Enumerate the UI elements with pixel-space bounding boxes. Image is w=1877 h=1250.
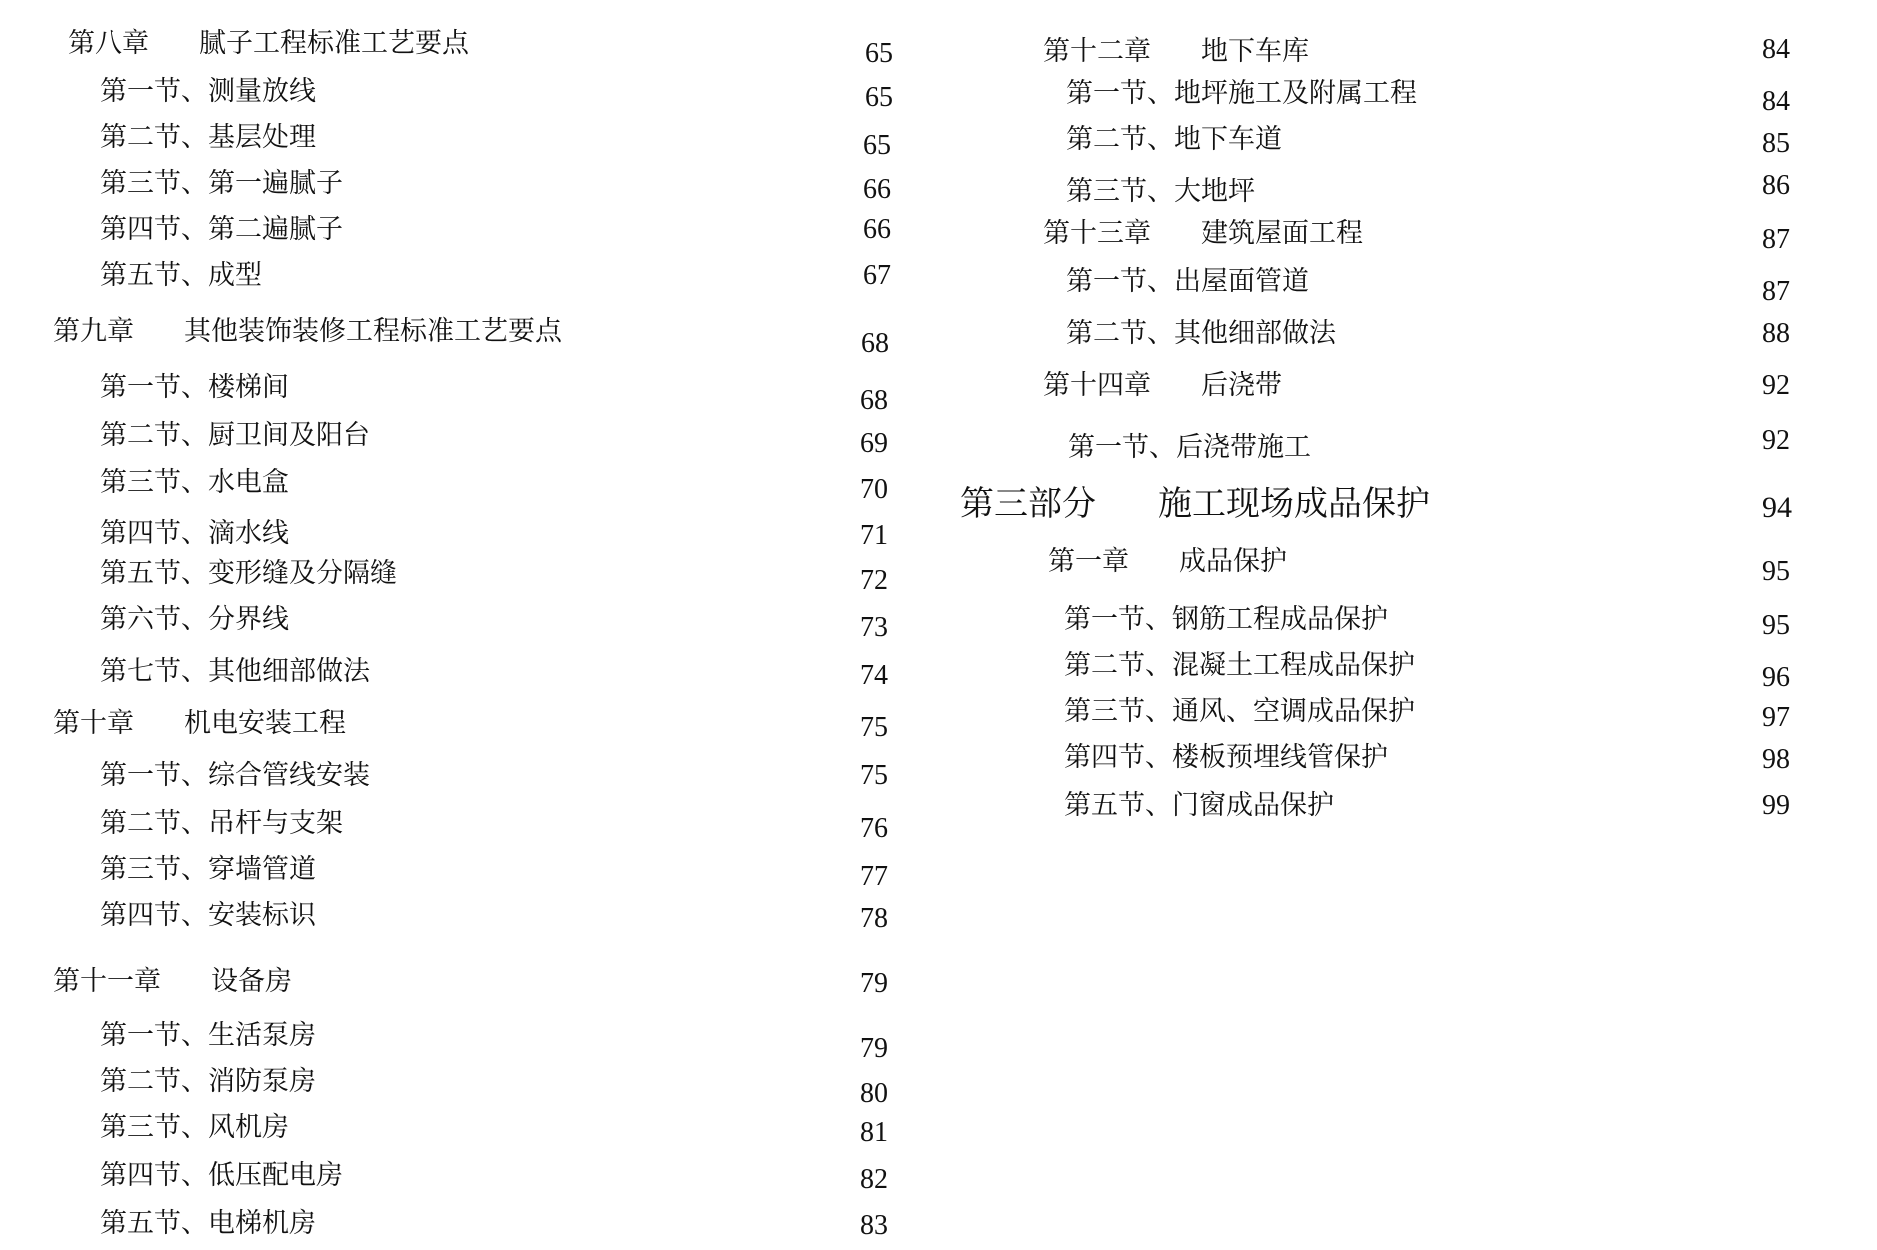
page-number: 68 [861, 328, 889, 360]
entry-label: 第五节、 [100, 558, 208, 589]
toc-section-entry[interactable]: 第五节、变形缝及分隔缝 [100, 558, 397, 590]
toc-chapter-entry[interactable]: 第十一章设备房 [53, 966, 292, 998]
toc-section-entry[interactable]: 第五节、成型 [100, 260, 262, 292]
toc-chapter-entry[interactable]: 第十章机电安装工程 [53, 708, 346, 740]
entry-label: 第五节、 [1064, 790, 1172, 821]
toc-section-entry[interactable]: 第四节、楼板预埋线管保护 [1064, 742, 1388, 774]
page-number: 76 [860, 813, 888, 845]
toc-chapter-entry[interactable]: 第十二章地下车库 [1043, 36, 1309, 68]
entry-title: 混凝土工程成品保护 [1172, 650, 1415, 681]
entry-label: 第十三章 [1043, 218, 1151, 249]
entry-title: 消防泵房 [208, 1066, 316, 1097]
toc-section-entry[interactable]: 第一节、生活泵房 [100, 1020, 316, 1052]
toc-section-entry[interactable]: 第七节、其他细部做法 [100, 656, 370, 688]
entry-label: 第五节、 [100, 1208, 208, 1239]
entry-label: 第四节、 [100, 518, 208, 549]
entry-title: 生活泵房 [208, 1020, 316, 1051]
entry-label: 第三节、 [100, 854, 208, 885]
toc-section-entry[interactable]: 第一节、测量放线 [100, 76, 316, 108]
toc-chapter-entry[interactable]: 第十三章建筑屋面工程 [1043, 218, 1363, 250]
entry-title: 其他细部做法 [1174, 318, 1336, 349]
page-number: 74 [860, 660, 888, 692]
toc-section-entry[interactable]: 第五节、门窗成品保护 [1064, 790, 1334, 822]
page-number: 80 [860, 1078, 888, 1110]
entry-label: 第一章 [1048, 546, 1129, 577]
entry-label: 第五节、 [100, 260, 208, 291]
toc-section-entry[interactable]: 第四节、滴水线 [100, 518, 289, 550]
toc-section-entry[interactable]: 第二节、地下车道 [1066, 124, 1282, 156]
entry-label: 第一节、 [1066, 78, 1174, 109]
entry-label: 第十四章 [1043, 370, 1151, 401]
page-number: 88 [1762, 318, 1790, 350]
entry-title: 第一遍腻子 [208, 168, 343, 199]
entry-label: 第十一章 [53, 966, 161, 997]
entry-title: 成品保护 [1179, 546, 1287, 577]
entry-title: 吊杆与支架 [208, 808, 343, 839]
page-number: 75 [860, 760, 888, 792]
entry-label: 第三节、 [1066, 176, 1174, 207]
entry-label: 第七节、 [100, 656, 208, 687]
toc-chapter-entry[interactable]: 第九章其他装饰装修工程标准工艺要点 [53, 316, 562, 348]
entry-label: 第一节、 [100, 372, 208, 403]
entry-label: 第四节、 [100, 1160, 208, 1191]
page-number: 95 [1762, 610, 1790, 642]
entry-label: 第二节、 [100, 808, 208, 839]
page-number: 79 [860, 968, 888, 1000]
page-number: 84 [1762, 34, 1790, 66]
entry-title: 其他装饰装修工程标准工艺要点 [184, 316, 562, 347]
entry-label: 第四节、 [100, 900, 208, 931]
toc-section-entry[interactable]: 第三节、水电盒 [100, 467, 289, 499]
toc-section-entry[interactable]: 第五节、电梯机房 [100, 1208, 316, 1240]
toc-section-entry[interactable]: 第二节、厨卫间及阳台 [100, 420, 370, 452]
entry-label: 第四节、 [1064, 742, 1172, 773]
entry-label: 第二节、 [100, 122, 208, 153]
entry-label: 第十二章 [1043, 36, 1151, 67]
toc-section-entry[interactable]: 第二节、基层处理 [100, 122, 316, 154]
entry-title: 水电盒 [208, 467, 289, 498]
page-number: 69 [860, 428, 888, 460]
entry-title: 出屋面管道 [1174, 266, 1309, 297]
page-number: 73 [860, 612, 888, 644]
entry-label: 第三节、 [100, 168, 208, 199]
toc-section-entry[interactable]: 第一节、楼梯间 [100, 372, 289, 404]
toc-section-entry[interactable]: 第一节、钢筋工程成品保护 [1064, 604, 1388, 636]
page-number: 65 [863, 130, 891, 162]
entry-title: 地下车库 [1201, 36, 1309, 67]
entry-label: 第一节、 [100, 76, 208, 107]
page-number: 66 [863, 174, 891, 206]
entry-title: 楼板预埋线管保护 [1172, 742, 1388, 773]
entry-title: 变形缝及分隔缝 [208, 558, 397, 589]
entry-title: 地下车道 [1174, 124, 1282, 155]
page-number: 98 [1762, 744, 1790, 776]
entry-title: 后浇带 [1201, 370, 1282, 401]
toc-section-entry[interactable]: 第四节、第二遍腻子 [100, 214, 343, 246]
toc-chapter-entry[interactable]: 第一章成品保护 [1048, 546, 1287, 578]
toc-section-entry[interactable]: 第四节、低压配电房 [100, 1160, 343, 1192]
page-number: 81 [860, 1117, 888, 1149]
toc-section-entry[interactable]: 第三节、风机房 [100, 1112, 289, 1144]
entry-label: 第二节、 [1066, 124, 1174, 155]
page-number: 70 [860, 474, 888, 506]
page-number: 86 [1762, 170, 1790, 202]
page-number: 85 [1762, 128, 1790, 160]
toc-section-entry[interactable]: 第三节、穿墙管道 [100, 854, 316, 886]
page-number: 78 [860, 903, 888, 935]
page-number: 68 [860, 385, 888, 417]
page-number: 83 [860, 1210, 888, 1242]
page-number: 72 [860, 565, 888, 597]
entry-title: 风机房 [208, 1112, 289, 1143]
toc-section-entry[interactable]: 第三节、通风、空调成品保护 [1064, 696, 1415, 728]
toc-chapter-entry[interactable]: 第八章腻子工程标准工艺要点 [68, 28, 469, 60]
toc-section-entry[interactable]: 第四节、安装标识 [100, 900, 316, 932]
entry-title: 综合管线安装 [208, 760, 370, 791]
entry-title: 设备房 [211, 966, 292, 997]
page-number: 99 [1762, 790, 1790, 822]
entry-title: 分界线 [208, 604, 289, 635]
toc-section-entry[interactable]: 第一节、后浇带施工 [1068, 432, 1311, 464]
entry-title: 其他细部做法 [208, 656, 370, 687]
page-number: 97 [1762, 702, 1790, 734]
page-number: 87 [1762, 276, 1790, 308]
entry-title: 施工现场成品保护 [1158, 484, 1430, 524]
toc-section-entry[interactable]: 第二节、其他细部做法 [1066, 318, 1336, 350]
entry-label: 第一节、 [100, 1020, 208, 1051]
page-number: 92 [1762, 425, 1790, 457]
page-number: 65 [865, 82, 893, 114]
entry-title: 穿墙管道 [208, 854, 316, 885]
entry-title: 滴水线 [208, 518, 289, 549]
entry-label: 第二节、 [1064, 650, 1172, 681]
entry-label: 第六节、 [100, 604, 208, 635]
toc-section-entry[interactable]: 第一节、出屋面管道 [1066, 266, 1309, 298]
toc-section-entry[interactable]: 第一节、综合管线安装 [100, 760, 370, 792]
page-number: 65 [865, 38, 893, 70]
toc-chapter-entry[interactable]: 第十四章后浇带 [1043, 370, 1282, 402]
entry-title: 通风、空调成品保护 [1172, 696, 1415, 727]
entry-label: 第二节、 [100, 420, 208, 451]
toc-section-entry[interactable]: 第二节、混凝土工程成品保护 [1064, 650, 1415, 682]
entry-title: 钢筋工程成品保护 [1172, 604, 1388, 635]
page-number: 87 [1762, 224, 1790, 256]
page-number: 92 [1762, 370, 1790, 402]
entry-label: 第四节、 [100, 214, 208, 245]
entry-label: 第九章 [53, 316, 134, 347]
toc-section-entry[interactable]: 第三节、大地坪 [1066, 176, 1255, 208]
entry-label: 第一节、 [1066, 266, 1174, 297]
page-number: 79 [860, 1033, 888, 1065]
entry-title: 建筑屋面工程 [1201, 218, 1363, 249]
entry-title: 基层处理 [208, 122, 316, 153]
entry-title: 成型 [208, 260, 262, 291]
toc-section-entry[interactable]: 第六节、分界线 [100, 604, 289, 636]
entry-title: 大地坪 [1174, 176, 1255, 207]
page-number: 84 [1762, 86, 1790, 118]
entry-title: 厨卫间及阳台 [208, 420, 370, 451]
entry-label: 第三节、 [100, 1112, 208, 1143]
page-number: 67 [863, 260, 891, 292]
page-number: 96 [1762, 662, 1790, 694]
entry-title: 低压配电房 [208, 1160, 343, 1191]
page-number: 66 [863, 214, 891, 246]
entry-title: 楼梯间 [208, 372, 289, 403]
entry-title: 电梯机房 [208, 1208, 316, 1239]
entry-title: 第二遍腻子 [208, 214, 343, 245]
toc-section-entry[interactable]: 第一节、地坪施工及附属工程 [1066, 78, 1417, 110]
entry-title: 后浇带施工 [1176, 432, 1311, 463]
toc-section-entry[interactable]: 第二节、消防泵房 [100, 1066, 316, 1098]
page-number: 77 [860, 861, 888, 893]
toc-section-entry[interactable]: 第三节、第一遍腻子 [100, 168, 343, 200]
entry-label: 第三节、 [1064, 696, 1172, 727]
toc-section-entry[interactable]: 第二节、吊杆与支架 [100, 808, 343, 840]
entry-label: 第三节、 [100, 467, 208, 498]
entry-label: 第一节、 [1064, 604, 1172, 635]
entry-label: 第二节、 [1066, 318, 1174, 349]
entry-title: 门窗成品保护 [1172, 790, 1334, 821]
entry-label: 第三部分 [960, 484, 1096, 524]
page-number: 71 [860, 520, 888, 552]
entry-title: 腻子工程标准工艺要点 [199, 28, 469, 59]
entry-label: 第十章 [53, 708, 134, 739]
entry-title: 安装标识 [208, 900, 316, 931]
toc-part-heading[interactable]: 第三部分施工现场成品保护 [960, 484, 1430, 524]
entry-title: 机电安装工程 [184, 708, 346, 739]
page-number: 75 [860, 712, 888, 744]
page-number: 82 [860, 1164, 888, 1196]
entry-label: 第二节、 [100, 1066, 208, 1097]
entry-title: 地坪施工及附属工程 [1174, 78, 1417, 109]
entry-label: 第八章 [68, 28, 149, 59]
page-number: 95 [1762, 556, 1790, 588]
entry-title: 测量放线 [208, 76, 316, 107]
entry-label: 第一节、 [100, 760, 208, 791]
entry-label: 第一节、 [1068, 432, 1176, 463]
page-number: 94 [1762, 492, 1792, 524]
